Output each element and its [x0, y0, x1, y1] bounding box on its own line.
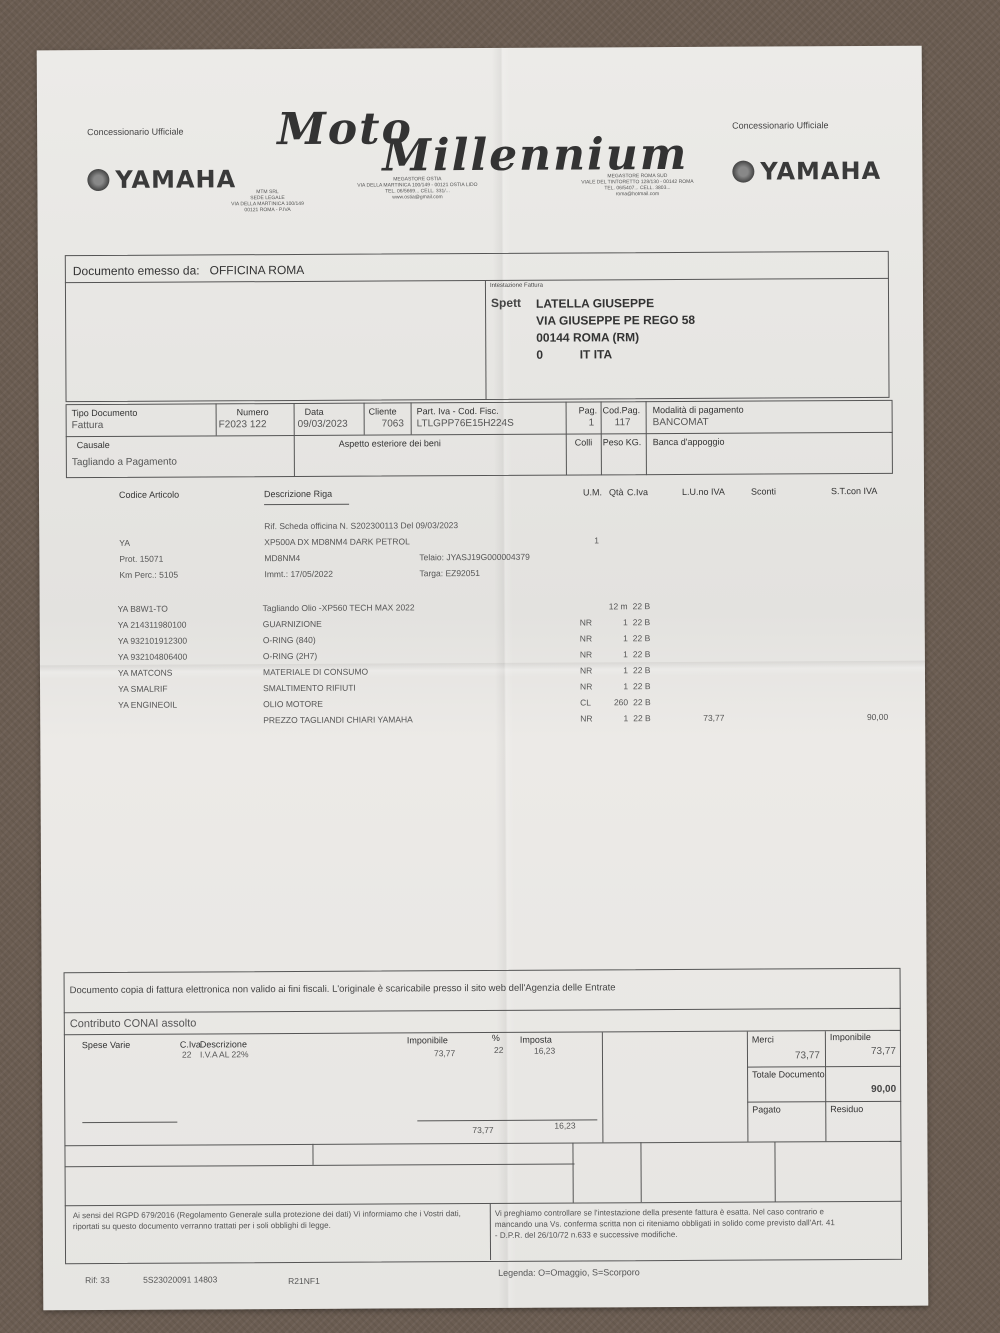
- cliente-value: 7063: [382, 418, 404, 429]
- imposta-value: 16,23: [534, 1046, 555, 1056]
- dealer-label-left: Concessionario Ufficiale: [87, 127, 183, 138]
- divider: [216, 403, 217, 435]
- invoice-paper: Concessionario Ufficiale YAMAHA Moto Mil…: [37, 46, 929, 1311]
- pagato-label: Pagato: [752, 1104, 781, 1114]
- address-block-ostia: MEGASTORE OSTIAVIA DELLA MARTINICA 100/1…: [347, 176, 487, 201]
- vehicle-targa: Targa: EZ92051: [419, 568, 480, 578]
- col-codice-articolo: Codice Articolo: [119, 490, 179, 500]
- customer-city: 00144 ROMA (RM): [536, 329, 695, 347]
- yamaha-tuning-fork-icon: [732, 161, 754, 183]
- divider: [411, 402, 412, 434]
- line-items-list: YA B8W1-TOTagliando Olio -XP560 TECH MAX…: [118, 600, 899, 732]
- imponibile-label: Imponibile: [407, 1035, 448, 1045]
- codpag-value: 117: [615, 417, 631, 428]
- customer-name: LATELLA GIUSEPPE: [536, 295, 695, 313]
- col-um: U.M.: [583, 487, 602, 497]
- peso-label: Peso KG.: [603, 437, 642, 447]
- col-civa: C.Iva: [627, 487, 648, 497]
- civa-label: C.Iva: [180, 1039, 201, 1049]
- dealer-label-right: Concessionario Ufficiale: [732, 120, 828, 131]
- legenda: Legenda: O=Omaggio, S=Scorporo: [498, 1267, 640, 1278]
- data-value: 09/03/2023: [298, 419, 348, 430]
- colli-label: Colli: [575, 437, 593, 447]
- cliente-label: Cliente: [369, 406, 397, 416]
- divider: [264, 504, 349, 505]
- numero-label: Numero: [237, 407, 269, 417]
- customer-country: 0 IT ITA: [536, 346, 695, 364]
- imposta-label: Imposta: [520, 1035, 552, 1045]
- civa-value: 22: [182, 1050, 192, 1060]
- ref-code: 5S23020091 14803: [143, 1274, 217, 1284]
- numero-value: F2023 122: [219, 419, 267, 430]
- vehicle-immat: Immt.: 17/05/2022: [264, 569, 333, 579]
- imponibile-value: 73,77: [434, 1048, 455, 1058]
- piva-value: LTLGPP76E15H224S: [417, 418, 514, 430]
- vehicle-km: Km Perc.: 5105: [119, 570, 178, 580]
- yamaha-wordmark: YAMAHA: [760, 157, 881, 186]
- percent-value: 22: [494, 1045, 504, 1055]
- pag-value: 1: [589, 417, 595, 428]
- col-st: S.T.con IVA: [831, 486, 877, 496]
- col-descrizione: Descrizione Riga: [264, 489, 332, 499]
- billing-prefix: Spett: [491, 296, 521, 310]
- vehicle-md: MD8NM4: [264, 553, 300, 563]
- col-sconti: Sconti: [751, 486, 776, 496]
- banca-label: Banca d'appoggio: [653, 437, 725, 447]
- address-check-notice: Vi preghiamo controllare se l'intestazio…: [495, 1206, 835, 1241]
- totale-documento-value: 90,00: [830, 1084, 896, 1095]
- tipo-documento-value: Fattura: [72, 420, 104, 431]
- total-imposta: 16,23: [554, 1121, 575, 1131]
- workshop-ref: Rif. Scheda officina N. S202300113 Del 0…: [264, 520, 458, 531]
- address-block-legal: MTM SRLSEDE LEGALEVIA DELLA MARTINICA 10…: [217, 189, 317, 214]
- imponibile-summary-label: Imponibile: [830, 1032, 871, 1042]
- descrizione-value: I.V.A AL 22%: [200, 1049, 249, 1059]
- spese-varie-label: Spese Varie: [82, 1040, 130, 1050]
- conai-note: Contributo CONAI assolto: [70, 1018, 197, 1031]
- yamaha-logo-left: YAMAHA: [87, 165, 236, 194]
- address-block-roma-sud: MEGASTORE ROMA SUDVIALE DEL TINTORETTO 1…: [567, 173, 707, 198]
- causale-value: Tagliando a Pagamento: [72, 457, 177, 469]
- divider: [312, 1144, 313, 1165]
- table-row: PREZZO TAGLIANDI CHIARI YAMAHANR122 B73,…: [118, 712, 898, 732]
- imponibile-summary-value: 73,77: [830, 1046, 896, 1057]
- causale-label: Causale: [77, 440, 110, 450]
- billing-label: Intestazione Fattura: [490, 283, 543, 289]
- col-qta: Qtà: [609, 487, 624, 497]
- yamaha-tuning-fork-icon: [87, 169, 109, 191]
- modalita-label: Modalità di pagamento: [653, 405, 744, 415]
- yamaha-logo-right: YAMAHA: [732, 157, 881, 186]
- pag-label: Pag.: [579, 405, 598, 415]
- data-label: Data: [305, 407, 324, 417]
- issuer-value: OFFICINA ROMA: [210, 263, 305, 277]
- aspetto-label: Aspetto esteriore dei beni: [339, 438, 441, 449]
- billing-address: LATELLA GIUSEPPE VIA GIUSEPPE PE REGO 58…: [536, 295, 695, 364]
- privacy-notice: Ai sensi del RGPD 679/2016 (Regolamento …: [73, 1208, 478, 1232]
- residuo-label: Residuo: [830, 1104, 863, 1114]
- vehicle-qty: 1: [594, 535, 599, 545]
- piva-label: Part. Iva - Cod. Fisc.: [417, 406, 499, 416]
- vehicle-prot: Prot. 15071: [119, 554, 163, 564]
- vehicle-code: YA: [119, 538, 130, 548]
- vehicle-telaio: Telaio: JYASJ19G000004379: [419, 552, 529, 563]
- issuer-label: Documento emesso da: OFFICINA ROMA: [73, 263, 304, 278]
- ref-right: R21NF1: [288, 1276, 320, 1286]
- modalita-value: BANCOMAT: [653, 417, 709, 428]
- ref-number: Rif: 33: [85, 1275, 110, 1285]
- divider: [364, 403, 365, 435]
- col-lu: L.U.no IVA: [682, 487, 725, 497]
- tipo-documento-label: Tipo Documento: [72, 408, 138, 418]
- percent-label: %: [492, 1033, 500, 1043]
- codpag-label: Cod.Pag.: [603, 405, 641, 415]
- vehicle-model: XP500A DX MD8NM4 DARK PETROL: [264, 536, 410, 547]
- customer-street: VIA GIUSEPPE PE REGO 58: [536, 312, 695, 330]
- total-imponibile: 73,77: [472, 1125, 493, 1135]
- merci-value: 73,77: [752, 1050, 820, 1061]
- totale-documento-label: Totale Documento: [752, 1069, 825, 1079]
- merci-label: Merci: [752, 1034, 774, 1044]
- descrizione-label: Descrizione: [200, 1039, 247, 1049]
